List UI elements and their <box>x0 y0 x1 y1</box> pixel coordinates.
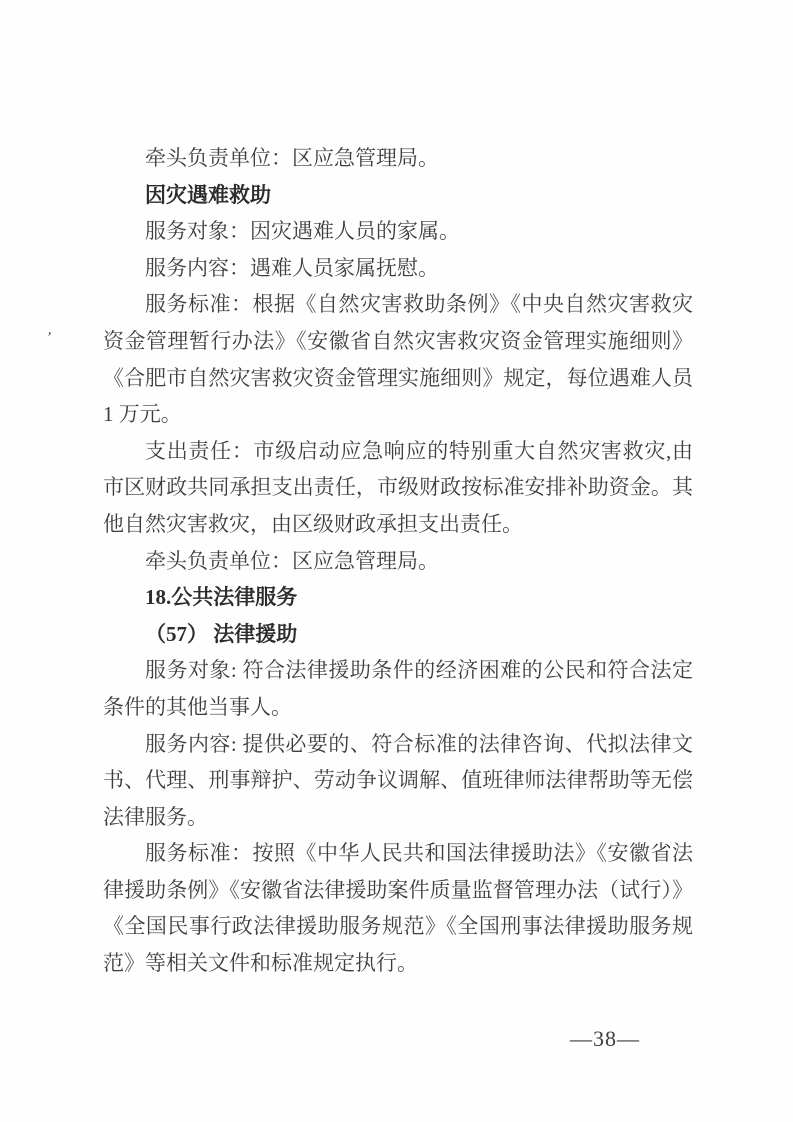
text-line: 市区财政共同承担支出责任，市级财政按标准安排补助资金。其 <box>103 469 693 506</box>
stray-ink-mark: ’ <box>44 330 52 348</box>
text-line: 服务内容：遇难人员家属抚慰。 <box>103 250 693 287</box>
text-line: 牵头负责单位：区应急管理局。 <box>103 140 693 177</box>
text-line: 书、代理、刑事辩护、劳动争议调解、值班律师法律帮助等无偿 <box>103 762 693 799</box>
text-line: 《合肥市自然灾害救灾资金管理实施细则》规定，每位遇难人员 <box>103 360 693 397</box>
text-line: 牵头负责单位：区应急管理局。 <box>103 543 693 580</box>
text-line: 法律服务。 <box>103 799 693 836</box>
heading-line: （57） 法律援助 <box>103 616 693 653</box>
text-line: 条件的其他当事人。 <box>103 689 693 726</box>
text-line: 1 万元。 <box>103 396 693 433</box>
text-line: 他自然灾害救灾，由区级财政承担支出责任。 <box>103 506 693 543</box>
text-line: 服务对象：因灾遇难人员的家属。 <box>103 213 693 250</box>
text-line: 《全国民事行政法律援助服务规范》《全国刑事法律援助服务规 <box>103 908 693 945</box>
page-number: —38— <box>560 1026 650 1052</box>
text-line: 服务标准：根据《自然灾害救助条例》《中央自然灾害救灾 <box>103 286 693 323</box>
text-line: 资金管理暂行办法》《安徽省自然灾害救灾资金管理实施细则》 <box>103 323 693 360</box>
document-body: 牵头负责单位：区应急管理局。因灾遇难救助服务对象：因灾遇难人员的家属。服务内容：… <box>103 140 693 982</box>
text-line: 服务内容: 提供必要的、符合标准的法律咨询、代拟法律文 <box>103 726 693 763</box>
text-line: 律援助条例》《安徽省法律援助案件质量监督管理办法（试行）》 <box>103 872 693 909</box>
text-line: 服务标准：按照《中华人民共和国法律援助法》《安徽省法 <box>103 835 693 872</box>
text-line: 范》等相关文件和标准规定执行。 <box>103 945 693 982</box>
scanned-document-page: ’ 牵头负责单位：区应急管理局。因灾遇难救助服务对象：因灾遇难人员的家属。服务内… <box>0 0 793 1122</box>
text-line: 服务对象: 符合法律援助条件的经济困难的公民和符合法定 <box>103 652 693 689</box>
text-line: 支出责任：市级启动应急响应的特别重大自然灾害救灾,由 <box>103 433 693 470</box>
heading-line: 因灾遇难救助 <box>103 177 693 214</box>
heading-line: 18.公共法律服务 <box>103 579 693 616</box>
